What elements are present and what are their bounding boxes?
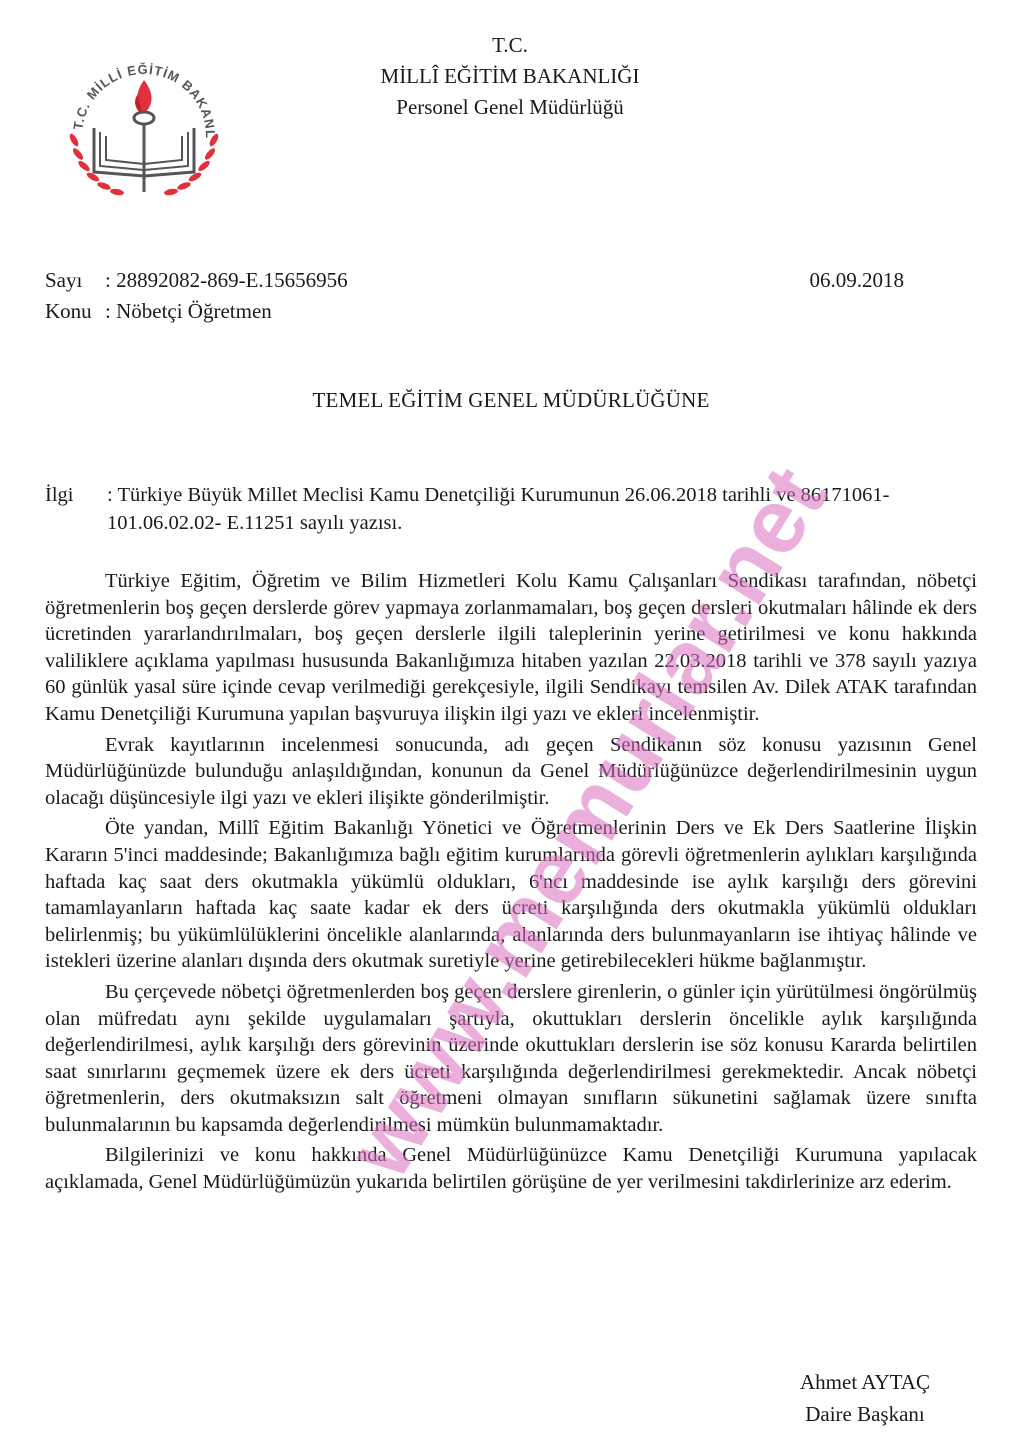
letter-body: Türkiye Eğitim, Öğretim ve Bilim Hizmetl… bbox=[45, 568, 977, 1200]
signatory-title: Daire Başkanı bbox=[770, 1398, 960, 1430]
sayi-value: : 28892082-869-E.15656956 bbox=[105, 265, 348, 296]
addressee: TEMEL EĞİTİM GENEL MÜDÜRLÜĞÜNE bbox=[0, 388, 1022, 413]
signature-block: Ahmet AYTAÇ Daire Başkanı bbox=[770, 1366, 960, 1430]
body-paragraph-4: Bu çerçevede nöbetçi öğretmenlerden boş … bbox=[45, 979, 977, 1139]
body-paragraph-5: Bilgilerinizi ve konu hakkında Genel Müd… bbox=[45, 1142, 977, 1195]
letterhead: T.C. MİLLÎ EĞİTİM BAKANLIĞI Personel Gen… bbox=[300, 30, 720, 123]
letterhead-line-1: T.C. bbox=[300, 30, 720, 61]
konu-label: Konu bbox=[45, 296, 105, 327]
document-date: 06.09.2018 bbox=[810, 265, 905, 296]
body-paragraph-1: Türkiye Eğitim, Öğretim ve Bilim Hizmetl… bbox=[45, 568, 977, 728]
ilgi-label: İlgi bbox=[45, 481, 107, 537]
ministry-of-education-emblem-icon: T.C. MİLLİ EĞİTİM BAKANLIĞI bbox=[60, 44, 228, 204]
konu-row: Konu : Nöbetçi Öğretmen bbox=[45, 296, 348, 327]
letterhead-line-3: Personel Genel Müdürlüğü bbox=[300, 92, 720, 123]
signatory-name: Ahmet AYTAÇ bbox=[770, 1366, 960, 1398]
sayi-label: Sayı bbox=[45, 265, 105, 296]
ilgi-text: : Türkiye Büyük Millet Meclisi Kamu Dene… bbox=[107, 481, 980, 537]
document-page: T.C. MİLLİ EĞİTİM BAKANLIĞI T.C. bbox=[0, 0, 1022, 1448]
letterhead-line-2: MİLLÎ EĞİTİM BAKANLIĞI bbox=[300, 61, 720, 92]
ilgi-reference: İlgi : Türkiye Büyük Millet Meclisi Kamu… bbox=[45, 481, 980, 537]
body-paragraph-3: Öte yandan, Millî Eğitim Bakanlığı Yönet… bbox=[45, 815, 977, 975]
konu-value: : Nöbetçi Öğretmen bbox=[105, 296, 272, 327]
body-paragraph-2: Evrak kayıtlarının incelenmesi sonucunda… bbox=[45, 732, 977, 812]
sayi-row: Sayı : 28892082-869-E.15656956 bbox=[45, 265, 348, 296]
document-meta: Sayı : 28892082-869-E.15656956 Konu : Nö… bbox=[45, 265, 348, 327]
